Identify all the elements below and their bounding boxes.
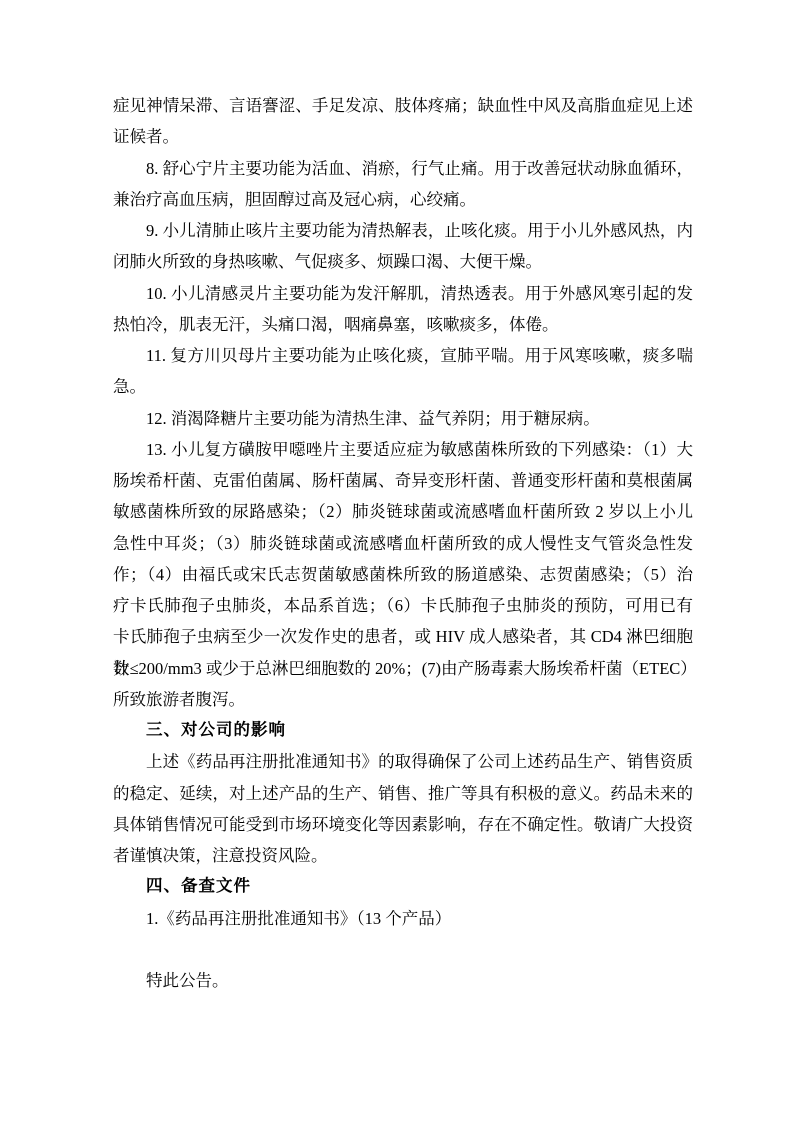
text-line: 症见神情呆滞、言语謇涩、手足发凉、肢体疼痛；缺血性中风及高脂血症见上述 <box>113 90 693 121</box>
document-page: 症见神情呆滞、言语謇涩、手足发凉、肢体疼痛；缺血性中风及高脂血症见上述证候者。8… <box>0 0 794 1122</box>
text-line: 热怕冷，肌表无汗，头痛口渴，咽痛鼻塞，咳嗽痰多，体倦。 <box>113 309 693 340</box>
text-line: 作；（4）由福氏或宋氏志贺菌敏感菌株所致的肠道感染、志贺菌感染；（5）治 <box>113 559 693 590</box>
text-line: 9. 小儿清肺止咳片主要功能为清热解表，止咳化痰。用于小儿外感风热，内 <box>113 215 693 246</box>
paragraph: 10. 小儿清感灵片主要功能为发汗解肌，清热透表。用于外感风寒引起的发热怕冷，肌… <box>113 278 693 341</box>
text-line: 的稳定、延续，对上述产品的生产、销售、推广等具有积极的意义。药品未来的 <box>113 778 693 809</box>
text-line: 数≤200/mm3 或少于总淋巴细胞数的 20%；(7)由产肠毒素大肠埃希杆菌（… <box>113 653 693 684</box>
text-line: 证候者。 <box>113 121 693 152</box>
text-line: 8. 舒心宁片主要功能为活血、消瘀，行气止痛。用于改善冠状动脉血循环， <box>113 153 693 184</box>
text-line: 兼治疗高血压病，胆固醇过高及冠心病，心绞痛。 <box>113 184 693 215</box>
text-line: 1.《药品再注册批准通知书》（13 个产品） <box>113 903 693 934</box>
text-line: 急。 <box>113 371 693 402</box>
paragraph: 13. 小儿复方磺胺甲噁唑片主要适应症为敏感菌株所致的下列感染：（1）大肠埃希杆… <box>113 434 693 715</box>
document-body: 症见神情呆滞、言语謇涩、手足发凉、肢体疼痛；缺血性中风及高脂血症见上述证候者。8… <box>113 90 693 996</box>
section-heading: 四、备查文件 <box>113 871 693 902</box>
paragraph: 11. 复方川贝母片主要功能为止咳化痰，宣肺平喘。用于风寒咳嗽，痰多喘急。 <box>113 340 693 403</box>
paragraph: 症见神情呆滞、言语謇涩、手足发凉、肢体疼痛；缺血性中风及高脂血症见上述证候者。 <box>113 90 693 153</box>
section-heading: 三、对公司的影响 <box>113 715 693 746</box>
paragraph: 特此公告。 <box>113 965 693 996</box>
text-line: 者谨慎决策，注意投资风险。 <box>113 840 693 871</box>
paragraph: 9. 小儿清肺止咳片主要功能为清热解表，止咳化痰。用于小儿外感风热，内闭肺火所致… <box>113 215 693 278</box>
text-line: 具体销售情况可能受到市场环境变化等因素影响，存在不确定性。敬请广大投资 <box>113 809 693 840</box>
paragraph: 上述《药品再注册批准通知书》的取得确保了公司上述药品生产、销售资质的稳定、延续，… <box>113 746 693 871</box>
blank-line <box>113 934 693 965</box>
text-line: 上述《药品再注册批准通知书》的取得确保了公司上述药品生产、销售资质 <box>113 746 693 777</box>
text-line: 12. 消渴降糖片主要功能为清热生津、益气养阴；用于糖尿病。 <box>113 403 693 434</box>
text-line: 急性中耳炎；（3）肺炎链球菌或流感嗜血杆菌所致的成人慢性支气管炎急性发 <box>113 528 693 559</box>
paragraph: 1.《药品再注册批准通知书》（13 个产品） <box>113 903 693 934</box>
text-line: 肠埃希杆菌、克雷伯菌属、肠杆菌属、奇异变形杆菌、普通变形杆菌和莫根菌属 <box>113 465 693 496</box>
paragraph: 8. 舒心宁片主要功能为活血、消瘀，行气止痛。用于改善冠状动脉血循环，兼治疗高血… <box>113 153 693 216</box>
text-line: 闭肺火所致的身热咳嗽、气促痰多、烦躁口渴、大便干燥。 <box>113 246 693 277</box>
text-line: 10. 小儿清感灵片主要功能为发汗解肌，清热透表。用于外感风寒引起的发 <box>113 278 693 309</box>
text-line: 敏感菌株所致的尿路感染；（2）肺炎链球菌或流感嗜血杆菌所致 2 岁以上小儿 <box>113 496 693 527</box>
text-line: 卡氏肺孢子虫病至少一次发作史的患者，或 HIV 成人感染者，其 CD4 淋巴细胞… <box>113 621 693 652</box>
text-line: 特此公告。 <box>113 965 693 996</box>
text-line: 13. 小儿复方磺胺甲噁唑片主要适应症为敏感菌株所致的下列感染：（1）大 <box>113 434 693 465</box>
paragraph: 12. 消渴降糖片主要功能为清热生津、益气养阴；用于糖尿病。 <box>113 403 693 434</box>
text-line: 所致旅游者腹泻。 <box>113 684 693 715</box>
text-line: 疗卡氏肺孢子虫肺炎，本品系首选；（6）卡氏肺孢子虫肺炎的预防，可用已有 <box>113 590 693 621</box>
text-line: 11. 复方川贝母片主要功能为止咳化痰，宣肺平喘。用于风寒咳嗽，痰多喘 <box>113 340 693 371</box>
